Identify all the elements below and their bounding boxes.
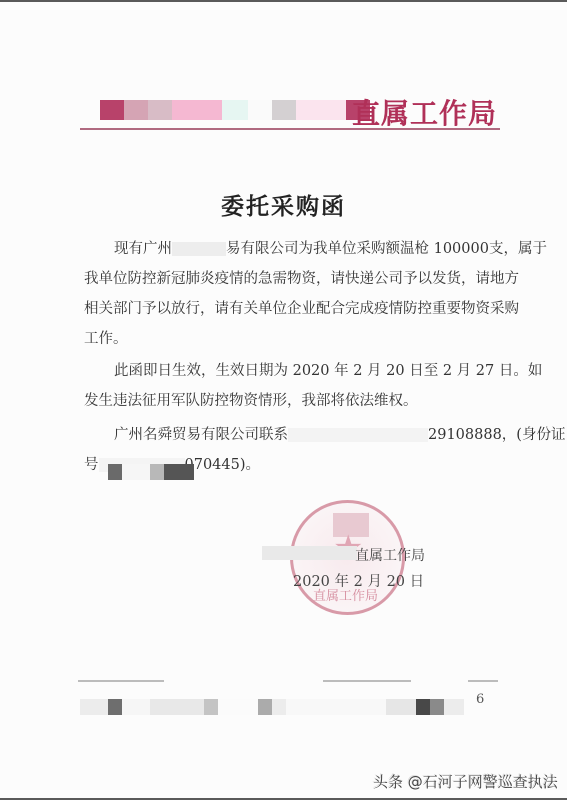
redacted-footer (80, 699, 464, 715)
redacted-company-name (172, 242, 226, 256)
redacted-signatory (262, 546, 357, 560)
text: 广州名舜贸易有限公司联系 (114, 427, 288, 443)
redacted-org-name (100, 100, 370, 120)
letterhead-divider (80, 128, 500, 130)
letterhead: 直属工作局 (92, 90, 492, 130)
text-line: 发生违法征用军队防控物资情形，我部将依法维权。 (84, 386, 494, 416)
paragraph-2: 此函即日生效，生效日期为 2020 年 2 月 20 日至 2 月 27 日。如… (84, 356, 494, 416)
text-line: 我单位防控新冠肺炎疫情的急需物资，请快递公司予以发货，请地方 (84, 264, 494, 294)
text: 号 (84, 457, 99, 473)
text: 29108888，(身份证 (428, 427, 565, 443)
letterhead-title: 直属工作局 (352, 92, 497, 132)
redacted-contact (288, 428, 428, 442)
text: 070445)。 (185, 457, 261, 473)
document-page: 直属工作局 委托采购函 现有广州易有限公司为我单位采购额温枪 100000支，属… (0, 2, 567, 798)
signatory-org: 直属工作局 (355, 545, 425, 565)
source-watermark: 头条 @石河子网警巡查执法 (373, 771, 558, 792)
text: 现有广州 (114, 241, 172, 257)
text: 易有限公司为我单位采购额温枪 100000支，属于 (226, 241, 547, 257)
paragraph-1: 现有广州易有限公司为我单位采购额温枪 100000支，属于 我单位防控新冠肺炎疫… (84, 234, 494, 354)
page-number: 6 (476, 692, 484, 707)
text-line: 现有广州易有限公司为我单位采购额温枪 100000支，属于 (84, 234, 494, 264)
text-line: 工作。 (84, 324, 494, 354)
footer-rules (78, 680, 498, 684)
document-title: 委托采购函 (0, 188, 567, 221)
signature-date: 2020 年 2 月 20 日 (293, 570, 424, 591)
text-line: 相关部门予以放行，请有关单位企业配合完成疫情防控重要物资采购 (84, 294, 494, 324)
text-line: 广州名舜贸易有限公司联系29108888，(身份证 (84, 420, 494, 450)
redacted-blocks (108, 464, 194, 480)
text-line: 此函即日生效，生效日期为 2020 年 2 月 20 日至 2 月 27 日。如 (84, 356, 494, 386)
